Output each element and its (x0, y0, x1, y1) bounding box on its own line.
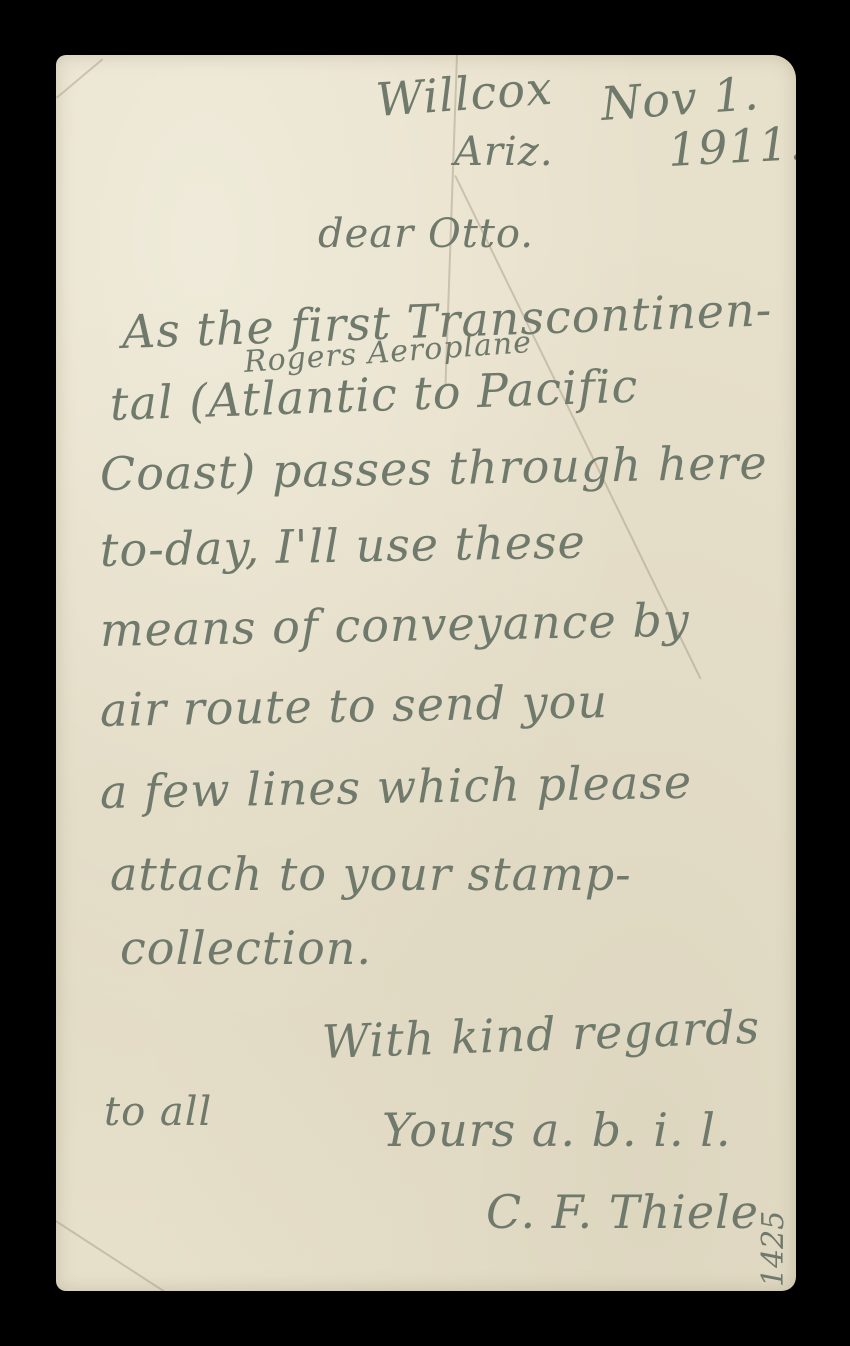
closing-valediction: Yours a. b. i. l. (382, 1103, 732, 1157)
body-line-7: a few lines which please (100, 755, 693, 819)
crease-bottom-left-corner (56, 1220, 165, 1291)
header-state: Ariz. (454, 129, 554, 175)
body-line-5: means of conveyance by (100, 593, 691, 657)
body-line-9: collection. (120, 921, 372, 975)
postcard: Willcox Nov 1. Ariz. 1911. dear Otto. Ro… (56, 55, 796, 1291)
body-line-4: to-day, I'll use these (100, 515, 587, 577)
signature: C. F. Thiele (486, 1185, 759, 1239)
body-line-8: attach to your stamp- (110, 847, 632, 901)
body-line-3: Coast) passes through here (100, 435, 769, 501)
catalog-number: 1425 (756, 1211, 791, 1287)
crease-top-left-corner (56, 58, 103, 98)
closing-regards: With kind regards (321, 1000, 761, 1069)
closing-to-all: to all (104, 1089, 212, 1135)
salutation: dear Otto. (318, 211, 534, 257)
body-line-2: tal (Atlantic to Pacific (109, 359, 639, 431)
body-line-6: air route to send you (100, 674, 609, 737)
body-line-1: As the first Transcontinen- (121, 282, 773, 359)
header-year: 1911. (667, 116, 796, 177)
header-place: Willcox (374, 61, 554, 127)
